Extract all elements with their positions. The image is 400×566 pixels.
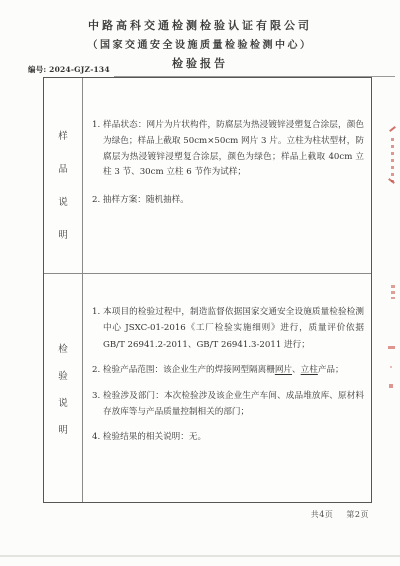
red-ink-artifact	[390, 366, 392, 368]
inspection-notes-label-cell: 检验说明	[44, 274, 83, 502]
inspection-notes-label: 检验说明	[58, 336, 68, 444]
page-footer: 共4页 第2页	[311, 509, 369, 520]
inspection-item-2-underlined-mesh: 网片	[275, 365, 292, 375]
sample-description-row: 样品说明 1. 样品状态：网片为片状构件，防腐层为热浸镀锌浸塑复合涂层，颜色为绿…	[44, 78, 371, 274]
red-ink-artifact	[391, 138, 394, 182]
sample-description-label: 样品说明	[58, 120, 68, 252]
sample-item-1: 1. 样品状态：网片为片状构件，防腐层为热浸镀锌浸塑复合涂层，颜色为绿色；样品上…	[92, 118, 364, 181]
red-ink-artifact	[391, 285, 395, 299]
report-header: 中路高科交通检测检验认证有限公司 （国家交通安全设施质量检验检测中心） 检验报告	[0, 17, 400, 71]
inspection-report-page: 中路高科交通检测检验认证有限公司 （国家交通安全设施质量检验检测中心） 检验报告…	[0, 0, 400, 566]
inspection-item-2-separator: 、	[292, 365, 301, 375]
scan-edge-line	[0, 555, 400, 557]
report-number: 编号: 2024-GJZ-134	[28, 64, 110, 75]
red-ink-artifact	[389, 384, 393, 388]
inspection-notes-content: 1. 本项目的检验过程中，制造监督依据国家交通安全设施质量检验检测中心 JSXC…	[83, 274, 371, 502]
inspection-item-2: 2. 检验产品范围：该企业生产的焊接网型隔离栅网片、立柱产品；	[92, 362, 364, 378]
current-page: 第2页	[346, 510, 369, 519]
inspection-notes-row: 检验说明 1. 本项目的检验过程中，制造监督依据国家交通安全设施质量检验检测中心…	[44, 274, 371, 502]
inspection-item-4: 4. 检验结果的相关说明：无。	[92, 429, 364, 445]
inspection-item-2-suffix: 产品；	[318, 365, 344, 375]
red-ink-artifact	[389, 126, 396, 132]
inspection-item-2-prefix: 2. 检验产品范围：该企业生产的焊接网型隔离栅	[92, 365, 275, 375]
center-name: （国家交通安全设施质量检验检测中心）	[0, 36, 400, 51]
inspection-item-2-underlined-post: 立柱	[301, 365, 318, 375]
report-table: 样品说明 1. 样品状态：网片为片状构件，防腐层为热浸镀锌浸塑复合涂层，颜色为绿…	[43, 77, 372, 503]
total-pages: 共4页	[311, 510, 334, 519]
company-name: 中路高科交通检测检验认证有限公司	[0, 17, 400, 33]
sample-description-content: 1. 样品状态：网片为片状构件，防腐层为热浸镀锌浸塑复合涂层，颜色为绿色；样品上…	[83, 78, 371, 273]
sample-item-2: 2. 抽样方案：随机抽样。	[92, 193, 364, 209]
inspection-item-3: 3. 检验涉及部门：本次检验涉及该企业生产车间、成品堆放库、原材料存放库等与产品…	[92, 388, 364, 421]
sample-description-label-cell: 样品说明	[44, 78, 83, 273]
inspection-item-1: 1. 本项目的检验过程中，制造监督依据国家交通安全设施质量检验检测中心 JSXC…	[92, 304, 364, 353]
red-ink-artifact	[388, 346, 395, 349]
